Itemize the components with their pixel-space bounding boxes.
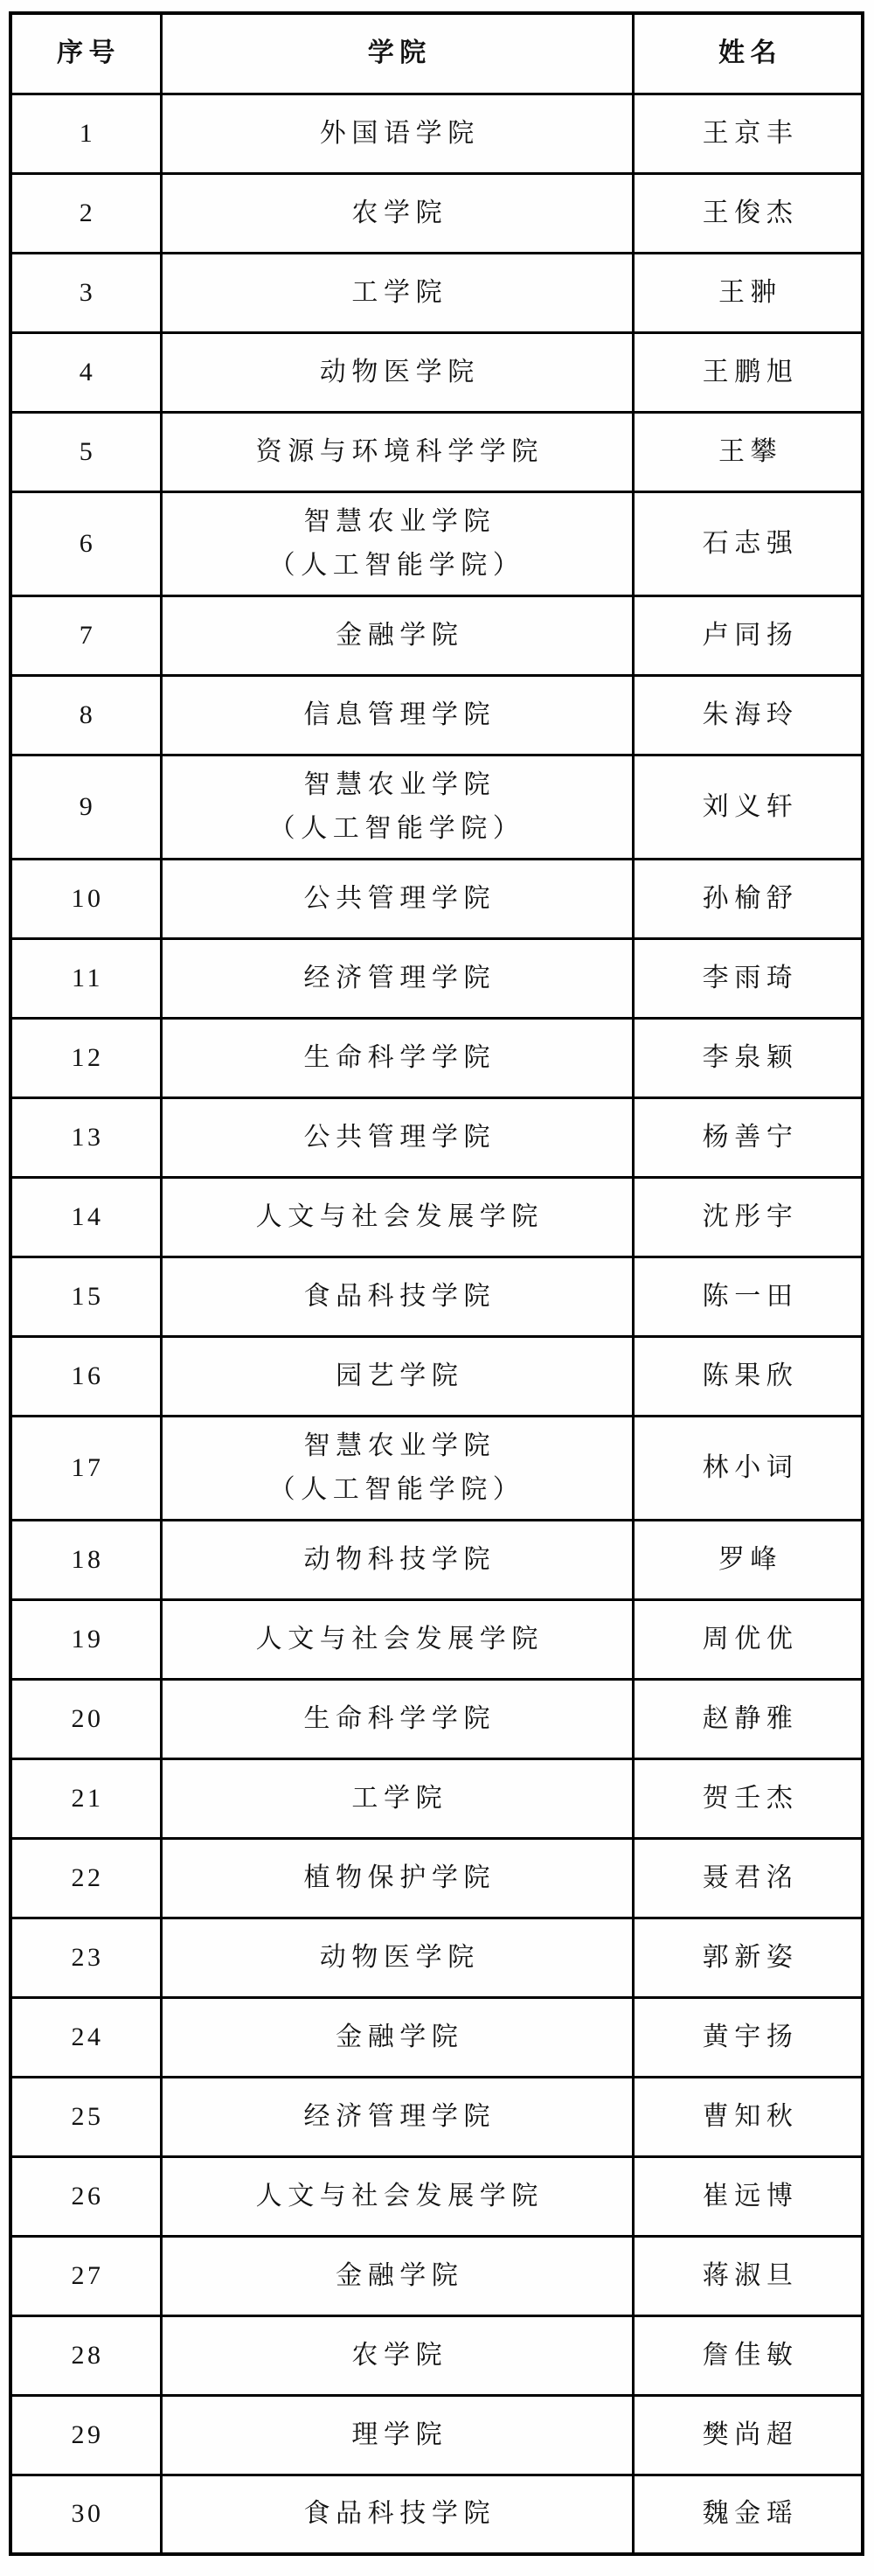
cell-name: 王攀: [633, 412, 863, 491]
cell-college: 生命科学学院: [161, 1018, 633, 1097]
cell-college: 金融学院: [161, 2236, 633, 2315]
cell-name: 王京丰: [633, 94, 863, 173]
cell-name: 杨善宁: [633, 1097, 863, 1177]
cell-name: 朱海玲: [633, 675, 863, 755]
cell-college: 动物医学院: [161, 332, 633, 412]
table-row: 7金融学院卢同扬: [10, 595, 863, 675]
table-row: 20生命科学学院赵静雅: [10, 1679, 863, 1758]
table-row: 5资源与环境科学学院王攀: [10, 412, 863, 491]
table-row: 22植物保护学院聂君洺: [10, 1838, 863, 1918]
cell-college: 智慧农业学院 （人工智能学院）: [161, 491, 633, 595]
header-cell-college: 学院: [161, 13, 633, 94]
cell-name: 石志强: [633, 491, 863, 595]
cell-no: 22: [10, 1838, 161, 1918]
cell-college: 工学院: [161, 1758, 633, 1838]
cell-name: 卢同扬: [633, 595, 863, 675]
cell-college: 信息管理学院: [161, 675, 633, 755]
table-row: 14人文与社会发展学院沈彤宇: [10, 1177, 863, 1257]
cell-no: 16: [10, 1336, 161, 1416]
cell-name: 陈果欣: [633, 1336, 863, 1416]
table-row: 24金融学院黄宇扬: [10, 1997, 863, 2077]
cell-college: 食品科技学院: [161, 2475, 633, 2554]
cell-name: 詹佳敏: [633, 2315, 863, 2395]
cell-college: 农学院: [161, 2315, 633, 2395]
table-row: 28农学院詹佳敏: [10, 2315, 863, 2395]
cell-college: 公共管理学院: [161, 1097, 633, 1177]
cell-name: 林小词: [633, 1416, 863, 1520]
cell-no: 18: [10, 1520, 161, 1599]
cell-no: 23: [10, 1918, 161, 1997]
cell-no: 20: [10, 1679, 161, 1758]
table-row: 25经济管理学院曹知秋: [10, 2077, 863, 2156]
cell-college: 植物保护学院: [161, 1838, 633, 1918]
cell-name: 赵静雅: [633, 1679, 863, 1758]
cell-no: 15: [10, 1257, 161, 1336]
cell-name: 王鹏旭: [633, 332, 863, 412]
table-row: 13公共管理学院杨善宁: [10, 1097, 863, 1177]
cell-no: 13: [10, 1097, 161, 1177]
cell-college: 公共管理学院: [161, 859, 633, 938]
cell-college: 人文与社会发展学院: [161, 2156, 633, 2236]
cell-no: 9: [10, 755, 161, 859]
cell-college: 资源与环境科学学院: [161, 412, 633, 491]
cell-college: 智慧农业学院 （人工智能学院）: [161, 1416, 633, 1520]
table-body: 1外国语学院王京丰2农学院王俊杰3工学院王翀4动物医学院王鹏旭5资源与环境科学学…: [10, 94, 863, 2554]
table-row: 1外国语学院王京丰: [10, 94, 863, 173]
cell-no: 11: [10, 938, 161, 1018]
cell-name: 魏金瑶: [633, 2475, 863, 2554]
cell-college: 动物科技学院: [161, 1520, 633, 1599]
header-row: 序号 学院 姓名: [10, 13, 863, 94]
cell-no: 7: [10, 595, 161, 675]
cell-college: 园艺学院: [161, 1336, 633, 1416]
cell-name: 王俊杰: [633, 173, 863, 253]
cell-name: 崔远博: [633, 2156, 863, 2236]
cell-name: 樊尚超: [633, 2395, 863, 2475]
table-row: 10公共管理学院孙榆舒: [10, 859, 863, 938]
table-row: 11经济管理学院李雨琦: [10, 938, 863, 1018]
cell-no: 29: [10, 2395, 161, 2475]
cell-college: 智慧农业学院 （人工智能学院）: [161, 755, 633, 859]
table-header: 序号 学院 姓名: [10, 13, 863, 94]
cell-college: 人文与社会发展学院: [161, 1599, 633, 1679]
table-row: 4动物医学院王鹏旭: [10, 332, 863, 412]
cell-no: 27: [10, 2236, 161, 2315]
cell-college: 食品科技学院: [161, 1257, 633, 1336]
table-row: 17智慧农业学院 （人工智能学院）林小词: [10, 1416, 863, 1520]
cell-college: 工学院: [161, 253, 633, 332]
cell-no: 6: [10, 491, 161, 595]
cell-name: 孙榆舒: [633, 859, 863, 938]
cell-college: 人文与社会发展学院: [161, 1177, 633, 1257]
cell-name: 李泉颖: [633, 1018, 863, 1097]
table-row: 9智慧农业学院 （人工智能学院）刘义轩: [10, 755, 863, 859]
cell-name: 周优优: [633, 1599, 863, 1679]
table-row: 6智慧农业学院 （人工智能学院）石志强: [10, 491, 863, 595]
table-row: 8信息管理学院朱海玲: [10, 675, 863, 755]
cell-name: 李雨琦: [633, 938, 863, 1018]
cell-name: 黄宇扬: [633, 1997, 863, 2077]
header-cell-serial-number: 序号: [10, 13, 161, 94]
cell-name: 贺壬杰: [633, 1758, 863, 1838]
cell-college: 动物医学院: [161, 1918, 633, 1997]
cell-no: 8: [10, 675, 161, 755]
table-row: 21工学院贺壬杰: [10, 1758, 863, 1838]
cell-college: 外国语学院: [161, 94, 633, 173]
cell-no: 25: [10, 2077, 161, 2156]
table-row: 29理学院樊尚超: [10, 2395, 863, 2475]
cell-no: 24: [10, 1997, 161, 2077]
cell-name: 陈一田: [633, 1257, 863, 1336]
cell-college: 金融学院: [161, 1997, 633, 2077]
table-row: 26人文与社会发展学院崔远博: [10, 2156, 863, 2236]
cell-no: 17: [10, 1416, 161, 1520]
cell-name: 王翀: [633, 253, 863, 332]
cell-college: 金融学院: [161, 595, 633, 675]
cell-no: 1: [10, 94, 161, 173]
cell-no: 30: [10, 2475, 161, 2554]
table-row: 19人文与社会发展学院周优优: [10, 1599, 863, 1679]
cell-no: 10: [10, 859, 161, 938]
cell-no: 2: [10, 173, 161, 253]
cell-no: 19: [10, 1599, 161, 1679]
header-cell-name: 姓名: [633, 13, 863, 94]
table-row: 15食品科技学院陈一田: [10, 1257, 863, 1336]
cell-no: 14: [10, 1177, 161, 1257]
table-row: 23动物医学院郭新姿: [10, 1918, 863, 1997]
table-row: 16园艺学院陈果欣: [10, 1336, 863, 1416]
cell-college: 生命科学学院: [161, 1679, 633, 1758]
cell-no: 4: [10, 332, 161, 412]
cell-no: 28: [10, 2315, 161, 2395]
cell-college: 理学院: [161, 2395, 633, 2475]
cell-name: 曹知秋: [633, 2077, 863, 2156]
cell-no: 21: [10, 1758, 161, 1838]
table-row: 12生命科学学院李泉颖: [10, 1018, 863, 1097]
cell-no: 3: [10, 253, 161, 332]
table-row: 18动物科技学院罗峰: [10, 1520, 863, 1599]
cell-college: 农学院: [161, 173, 633, 253]
table-row: 2农学院王俊杰: [10, 173, 863, 253]
roster-table: 序号 学院 姓名 1外国语学院王京丰2农学院王俊杰3工学院王翀4动物医学院王鹏旭…: [9, 11, 864, 2556]
cell-no: 12: [10, 1018, 161, 1097]
cell-name: 罗峰: [633, 1520, 863, 1599]
document-page: 序号 学院 姓名 1外国语学院王京丰2农学院王俊杰3工学院王翀4动物医学院王鹏旭…: [0, 0, 874, 2576]
table-row: 30食品科技学院魏金瑶: [10, 2475, 863, 2554]
table-row: 3工学院王翀: [10, 253, 863, 332]
cell-name: 刘义轩: [633, 755, 863, 859]
cell-name: 沈彤宇: [633, 1177, 863, 1257]
table-row: 27金融学院蒋淑旦: [10, 2236, 863, 2315]
cell-name: 蒋淑旦: [633, 2236, 863, 2315]
cell-no: 5: [10, 412, 161, 491]
cell-no: 26: [10, 2156, 161, 2236]
cell-name: 郭新姿: [633, 1918, 863, 1997]
cell-college: 经济管理学院: [161, 938, 633, 1018]
cell-name: 聂君洺: [633, 1838, 863, 1918]
cell-college: 经济管理学院: [161, 2077, 633, 2156]
